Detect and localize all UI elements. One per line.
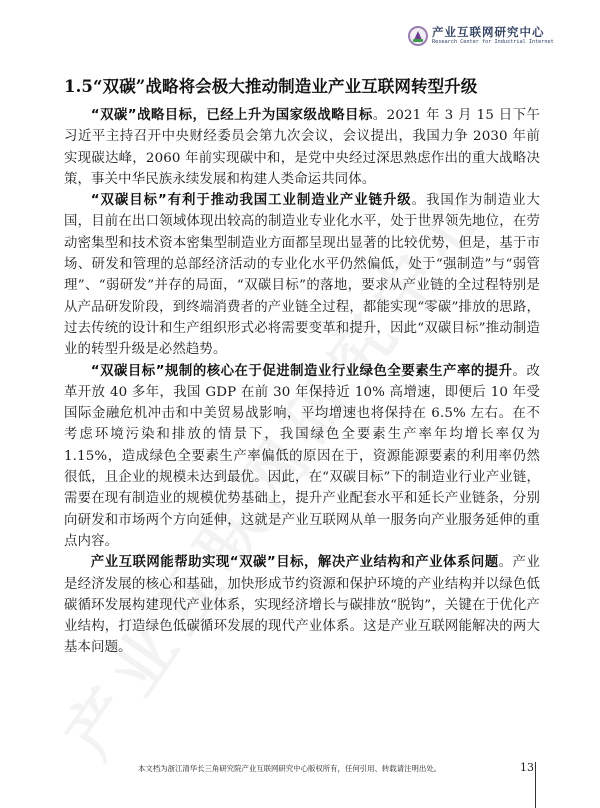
section-title: 1.5“双碳”战略将会极大推动制造业产业互联网转型升级 <box>64 73 477 97</box>
paragraph-lead: “双碳目标”规制的核心在于促进制造业行业绿色全要素生产率的提升 <box>91 364 513 379</box>
paragraph-lead: “双碳”战略目标，已经上升为国家级战略目标 <box>91 108 373 123</box>
paragraph: “双碳目标”有利于推动我国工业制造业产业链升级。我国作为制造业大国，目前在出口领… <box>64 190 540 360</box>
paragraph-text: 。产业是经济发展的核心和基础，加快形成节约资源和保护环境的产业结构并以绿色低碳循… <box>64 555 540 655</box>
document-page: 产业互联网研究中心 产业互联网研究中心 Research Center for … <box>0 0 600 808</box>
copyright-note: 本文档为浙江清华长三角研究院产业互联网研究中心版权所有，任何引用、转载请注明出处… <box>138 763 441 774</box>
paragraph-lead: 产业互联网能帮助实现“双碳”目标，解决产业结构和产业体系问题 <box>91 555 499 570</box>
paragraph: “双碳目标”规制的核心在于促进制造业行业绿色全要素生产率的提升。改革开放 40 … <box>64 361 540 553</box>
org-name-cn: 产业互联网研究中心 <box>432 27 554 39</box>
institute-emblem-icon <box>408 26 428 46</box>
paragraph-text: 。我国作为制造业大国，目前在出口领域体现出较高的制造业专业化水平，处于世界领先地… <box>64 193 540 357</box>
paragraph: 产业互联网能帮助实现“双碳”目标，解决产业结构和产业体系问题。产业是经济发展的核… <box>64 552 540 658</box>
logo-text: 产业互联网研究中心 Research Center for Industrial… <box>432 27 554 46</box>
paragraph-lead: “双碳目标”有利于推动我国工业制造业产业链升级 <box>91 193 412 208</box>
header-logo: 产业互联网研究中心 Research Center for Industrial… <box>408 26 554 46</box>
body-text: “双碳”战略目标，已经上升为国家级战略目标。2021 年 3 月 15 日下午习… <box>64 105 540 659</box>
page-number-divider <box>535 762 536 808</box>
paragraph-text: 。改革开放 40 多年，我国 GDP 在前 30 年保持近 10% 高增速，即便… <box>64 364 540 549</box>
paragraph: “双碳”战略目标，已经上升为国家级战略目标。2021 年 3 月 15 日下午习… <box>64 105 540 190</box>
page-number: 13 <box>520 761 534 774</box>
org-name-en: Research Center for Industrial Internet <box>432 40 554 45</box>
